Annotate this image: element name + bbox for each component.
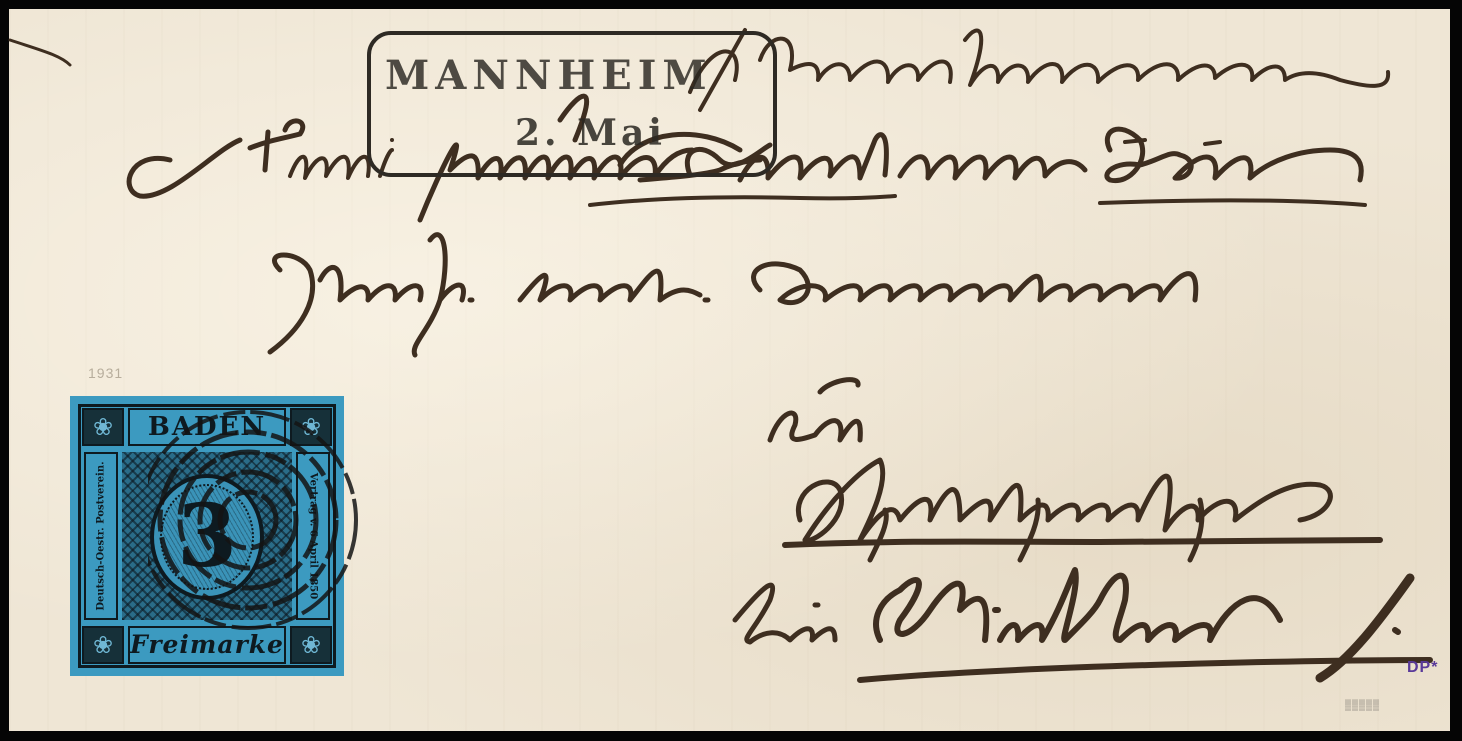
stamp-left-label: Deutsch-Oestr. Postverein.: [84, 452, 118, 620]
corner-rosette-icon: [82, 626, 124, 664]
dealer-dp-mark: DP*: [1407, 659, 1438, 677]
postmark-date: 2. Mai: [515, 112, 715, 158]
stamp-left-text: Deutsch-Oestr. Postverein.: [96, 461, 107, 610]
pencil-annotation: 1931: [88, 365, 123, 381]
concentric-ring-cancel-icon: [148, 402, 394, 648]
corner-rosette-icon: [82, 408, 124, 446]
postmark-city: MANNHEIM: [385, 52, 765, 98]
dealer-handstamp: ▒▒▒▒▒: [1345, 702, 1445, 724]
